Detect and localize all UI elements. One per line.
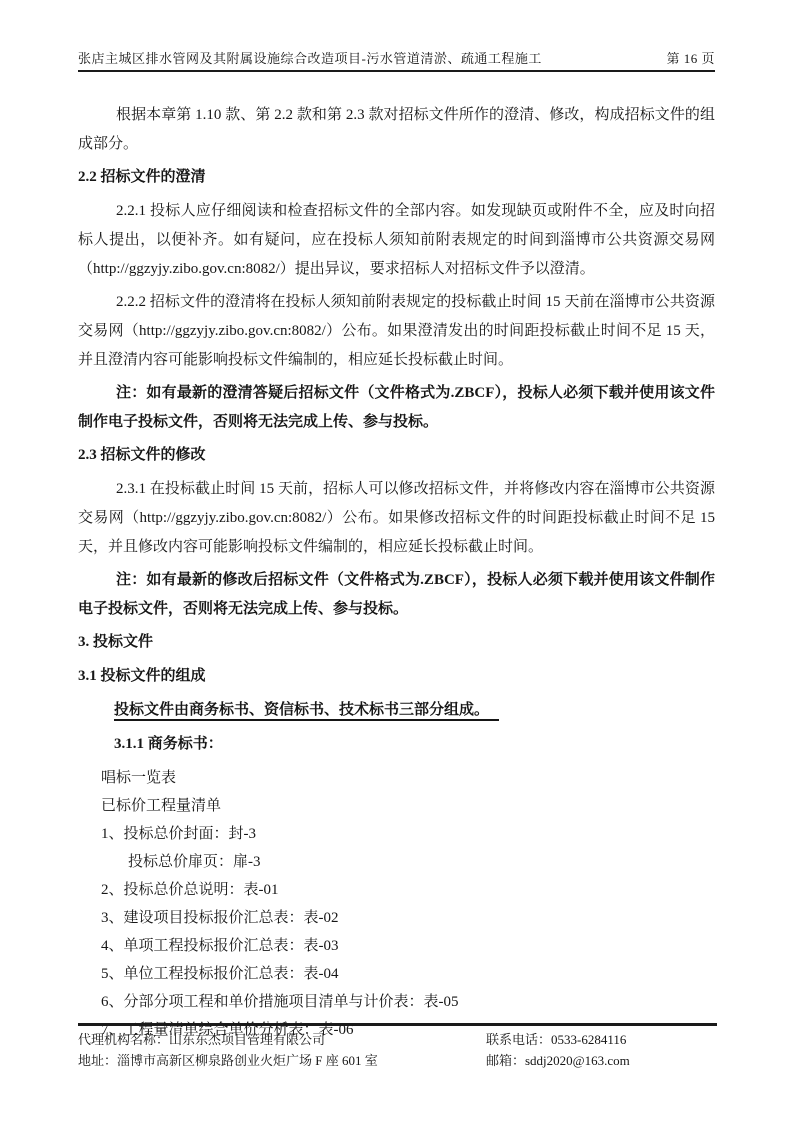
composition-underlined-text: 投标文件由商务标书、资信标书、技术标书三部分组成。 (114, 702, 499, 721)
footer-agency-name: 代理机构名称：山东东杰项目管理有限公司 (78, 1029, 486, 1050)
page-footer: 代理机构名称：山东东杰项目管理有限公司 联系电话：0533-6284116 地址… (78, 1023, 717, 1071)
footer-row-2: 地址：淄博市高新区柳泉路创业火炬广场 F 座 601 室 邮箱：sddj2020… (78, 1050, 717, 1071)
heading-2-3: 2.3 招标文件的修改 (78, 441, 715, 470)
page-header: 张店主城区排水管网及其附属设施综合改造项目-污水管道清淤、疏通工程施工 第 16… (78, 48, 715, 72)
footer-phone: 联系电话：0533-6284116 (486, 1029, 717, 1050)
commercial-bid-list: 唱标一览表 已标价工程量清单 1、投标总价封面：封-3 投标总价扉页：扉-3 2… (78, 764, 715, 1044)
heading-3-1-1: 3.1.1 商务标书： (114, 730, 715, 759)
paragraph-2-2-2: 2.2.2 招标文件的澄清将在投标人须知前附表规定的投标截止时间 15 天前在淄… (78, 288, 715, 375)
footer-address: 地址：淄博市高新区柳泉路创业火炬广场 F 座 601 室 (78, 1050, 486, 1071)
composition-statement: 投标文件由商务标书、资信标书、技术标书三部分组成。 (114, 696, 715, 725)
list-item: 已标价工程量清单 (78, 792, 715, 820)
list-item: 4、单项工程投标报价汇总表：表-03 (78, 932, 715, 960)
header-project-title: 张店主城区排水管网及其附属设施综合改造项目-污水管道清淤、疏通工程施工 (78, 48, 542, 67)
list-item: 6、分部分项工程和单价措施项目清单与计价表：表-05 (78, 988, 715, 1016)
heading-3-1: 3.1 投标文件的组成 (78, 662, 715, 691)
list-item: 2、投标总价总说明：表-01 (78, 876, 715, 904)
list-item: 投标总价扉页：扉-3 (78, 848, 715, 876)
note-clarification: 注：如有最新的澄清答疑后招标文件（文件格式为.ZBCF），投标人必须下载并使用该… (78, 379, 715, 437)
paragraph-2-2-1: 2.2.1 投标人应仔细阅读和检查招标文件的全部内容。如发现缺页或附件不全，应及… (78, 197, 715, 284)
note-modification: 注：如有最新的修改后招标文件（文件格式为.ZBCF），投标人必须下载并使用该文件… (78, 566, 715, 624)
header-page-number: 第 16 页 (654, 48, 715, 67)
list-item: 1、投标总价封面：封-3 (78, 820, 715, 848)
footer-row-1: 代理机构名称：山东东杰项目管理有限公司 联系电话：0533-6284116 (78, 1029, 717, 1050)
document-body: 根据本章第 1.10 款、第 2.2 款和第 2.3 款对招标文件所作的澄清、修… (78, 101, 715, 1044)
paragraph-intro: 根据本章第 1.10 款、第 2.2 款和第 2.3 款对招标文件所作的澄清、修… (78, 101, 715, 159)
list-item: 3、建设项目投标报价汇总表：表-02 (78, 904, 715, 932)
list-item: 唱标一览表 (78, 764, 715, 792)
heading-3: 3. 投标文件 (78, 628, 715, 657)
paragraph-2-3-1: 2.3.1 在投标截止时间 15 天前，招标人可以修改招标文件，并将修改内容在淄… (78, 475, 715, 562)
list-item: 5、单位工程投标报价汇总表：表-04 (78, 960, 715, 988)
document-page: 张店主城区排水管网及其附属设施综合改造项目-污水管道清淤、疏通工程施工 第 16… (0, 0, 793, 1122)
footer-email: 邮箱：sddj2020@163.com (486, 1050, 717, 1071)
heading-2-2: 2.2 招标文件的澄清 (78, 163, 715, 192)
